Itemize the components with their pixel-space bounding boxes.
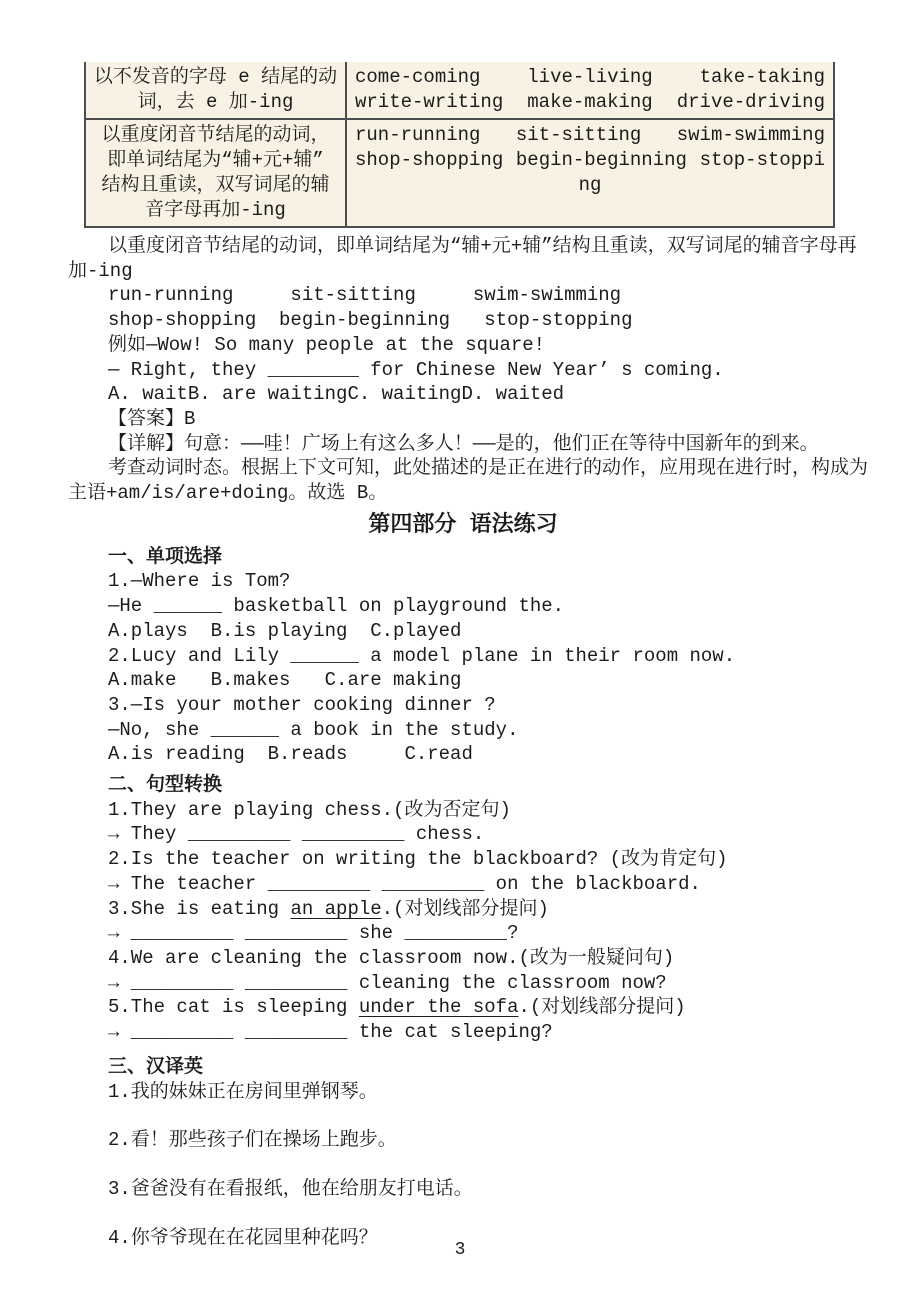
example-pair: stop-stoppi xyxy=(700,148,825,173)
transform-question-line: 4.We are cleaning the classroom now.(改为一… xyxy=(68,946,858,971)
example-pair: sit-sitting xyxy=(516,123,641,148)
question-text: .(对划线部分提问) xyxy=(382,898,549,920)
transform-answer-line: → They _________ _________ chess. xyxy=(68,822,858,847)
example-pair: run-running xyxy=(355,123,480,148)
examples-text-line: shop-shopping begin-beginning stop-stopp… xyxy=(68,308,858,333)
underlined-phrase: under the sofa xyxy=(359,996,519,1018)
transform-question-line: 2.Is the teacher on writing the blackboa… xyxy=(68,847,858,872)
example-question-line: 例如—Wow! So many people at the square! xyxy=(68,333,858,358)
answer-line: 【答案】B xyxy=(68,407,858,432)
rule-line: 结构且重读，双写词尾的辅 xyxy=(92,173,339,198)
transform-question-line: 3.She is eating an apple.(对划线部分提问) xyxy=(68,897,858,922)
translation-item: 3.爸爸没有在看报纸，他在给朋友打电话。 xyxy=(68,1177,858,1202)
rule-line: 词，去 e 加-ing xyxy=(92,90,339,115)
underlined-phrase: an apple xyxy=(290,898,381,920)
example-pair: drive-driving xyxy=(677,90,825,115)
rule-cell-silent-e: 以不发音的字母 e 结尾的动 词，去 e 加-ing xyxy=(85,62,346,119)
examples-line: run-running sit-sitting swim-swimming xyxy=(353,123,827,148)
mc-question-line: 1.—Where is Tom? xyxy=(68,569,858,594)
transform-answer-line: → _________ _________ she _________? xyxy=(68,921,858,946)
rule-paragraph-line: 加-ing xyxy=(68,259,858,284)
rule-paragraph-line: 以重度闭音节结尾的动词，即单词结尾为“辅+元+辅”结构且重读，双写词尾的辅音字母… xyxy=(68,234,858,259)
worksheet-page: 以不发音的字母 e 结尾的动 词，去 e 加-ing come-coming l… xyxy=(0,0,920,1302)
question-text: 5.The cat is sleeping xyxy=(108,996,359,1018)
transform-question-line: 5.The cat is sleeping under the sofa.(对划… xyxy=(68,995,858,1020)
mc-options-line: A.plays B.is playing C.played xyxy=(68,619,858,644)
mc-question-line: —No, she ______ a book in the study. xyxy=(68,718,858,743)
transform-answer-line: → The teacher _________ _________ on the… xyxy=(68,872,858,897)
question-text: .(对划线部分提问) xyxy=(518,996,685,1018)
section2-title: 二、句型转换 xyxy=(68,773,858,798)
examples-cell-stressed-syllable: run-running sit-sitting swim-swimming sh… xyxy=(346,119,834,227)
rule-cell-stressed-syllable: 以重度闭音节结尾的动词， 即单词结尾为“辅+元+辅” 结构且重读，双写词尾的辅 … xyxy=(85,119,346,227)
example-pair: take-taking xyxy=(700,65,825,90)
example-pair: live-living xyxy=(527,65,652,90)
explanation-line: 主语+am/is/are+doing。故选 B。 xyxy=(68,481,858,506)
example-pair: make-making xyxy=(527,90,652,115)
mc-options-line: A.make B.makes C.are making xyxy=(68,668,858,693)
example-pair: shop-shopping xyxy=(355,148,503,173)
section1-title: 一、单项选择 xyxy=(68,545,858,570)
explanation-line: 考查动词时态。根据上下文可知，此处描述的是正在进行的动作，应用现在进行时，构成为 xyxy=(68,456,858,481)
explanation-line: 【详解】句意：——哇！广场上有这么多人！——是的，他们正在等待中国新年的到来。 xyxy=(68,432,858,457)
part4-heading: 第四部分 语法练习 xyxy=(68,511,858,541)
question-text: 3.She is eating xyxy=(108,898,290,920)
rule-line: 以重度闭音节结尾的动词， xyxy=(92,123,339,148)
example-pair: write-writing xyxy=(355,90,503,115)
example-pair-continuation: ng xyxy=(579,173,602,198)
translation-item: 2.看！那些孩子们在操场上跑步。 xyxy=(68,1128,858,1153)
example-options-line: A. waitB. are waitingC. waitingD. waited xyxy=(68,382,858,407)
example-pair: come-coming xyxy=(355,65,480,90)
example-question-line: — Right, they ________ for Chinese New Y… xyxy=(68,358,858,383)
transform-answer-line: → _________ _________ cleaning the class… xyxy=(68,971,858,996)
ing-rules-table: 以不发音的字母 e 结尾的动 词，去 e 加-ing come-coming l… xyxy=(84,62,835,228)
rule-line: 以不发音的字母 e 结尾的动 xyxy=(92,65,339,90)
translation-item: 1.我的妹妹正在房间里弹钢琴。 xyxy=(68,1080,858,1105)
examples-line-wrap: ng xyxy=(353,173,827,198)
mc-question-line: 2.Lucy and Lily ______ a model plane in … xyxy=(68,644,858,669)
mc-options-line: A.is reading B.reads C.read xyxy=(68,742,858,767)
mc-question-line: 3.—Is your mother cooking dinner ? xyxy=(68,693,858,718)
section3-title: 三、汉译英 xyxy=(68,1055,858,1080)
mc-question-line: —He ______ basketball on playground the. xyxy=(68,594,858,619)
examples-line: write-writing make-making drive-driving xyxy=(353,90,827,115)
page-number: 3 xyxy=(0,1240,920,1260)
rule-line: 音字母再加-ing xyxy=(92,198,339,223)
examples-line: come-coming live-living take-taking xyxy=(353,65,827,90)
example-pair: swim-swimming xyxy=(677,123,825,148)
document-body: 以重度闭音节结尾的动词，即单词结尾为“辅+元+辅”结构且重读，双写词尾的辅音字母… xyxy=(68,234,858,1250)
table-row: 以不发音的字母 e 结尾的动 词，去 e 加-ing come-coming l… xyxy=(85,62,834,119)
transform-answer-line: → _________ _________ the cat sleeping? xyxy=(68,1020,858,1045)
table-row: 以重度闭音节结尾的动词， 即单词结尾为“辅+元+辅” 结构且重读，双写词尾的辅 … xyxy=(85,119,834,227)
example-pair: begin-beginning xyxy=(516,148,687,173)
examples-text-line: run-running sit-sitting swim-swimming xyxy=(68,283,858,308)
examples-cell-silent-e: come-coming live-living take-taking writ… xyxy=(346,62,834,119)
rule-line: 即单词结尾为“辅+元+辅” xyxy=(92,148,339,173)
transform-question-line: 1.They are playing chess.(改为否定句) xyxy=(68,798,858,823)
examples-line: shop-shopping begin-beginning stop-stopp… xyxy=(353,148,827,173)
